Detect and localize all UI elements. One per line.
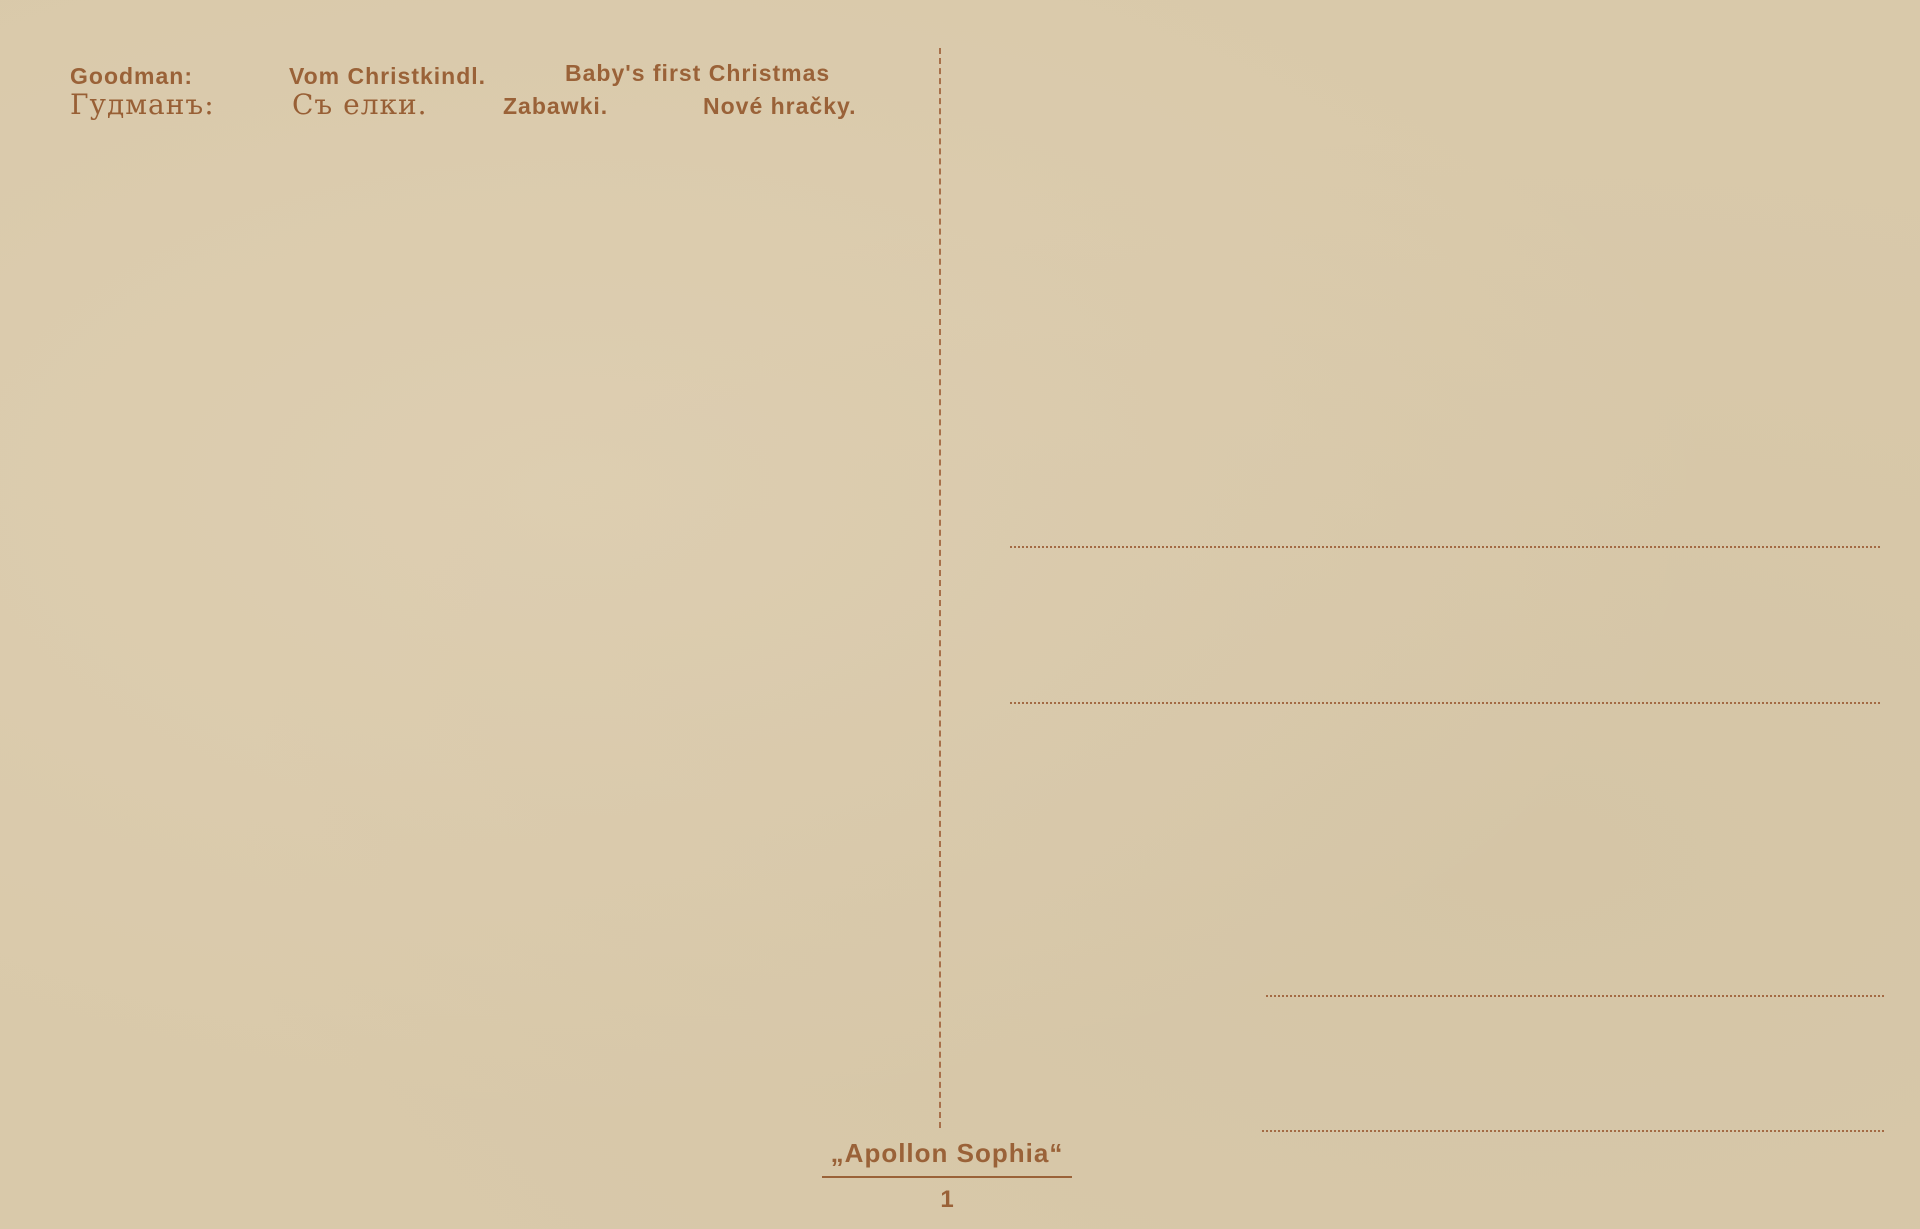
address-line-4 xyxy=(1262,1130,1884,1132)
title-english: Baby's first Christmas xyxy=(565,60,830,87)
title-german: Vom Christkindl. xyxy=(289,63,486,90)
publisher-underline xyxy=(822,1176,1072,1178)
address-line-3 xyxy=(1266,995,1884,997)
postcard-back: Goodman: Vom Christkindl. Baby's first C… xyxy=(0,0,1920,1229)
address-line-2 xyxy=(1010,702,1880,704)
address-line-1 xyxy=(1010,546,1880,548)
artist-name: Goodman: xyxy=(70,63,193,90)
center-divider xyxy=(939,48,941,1128)
title-czech: Nové hračky. xyxy=(703,93,856,120)
title-polish: Zabawki. xyxy=(503,93,608,120)
artist-name-cyrillic: Гудманъ: xyxy=(70,88,215,121)
title-bulgarian: Съ елки. xyxy=(292,88,428,121)
card-number: 1 xyxy=(922,1186,972,1214)
publisher-name: „Apollon Sophia“ xyxy=(822,1138,1072,1169)
